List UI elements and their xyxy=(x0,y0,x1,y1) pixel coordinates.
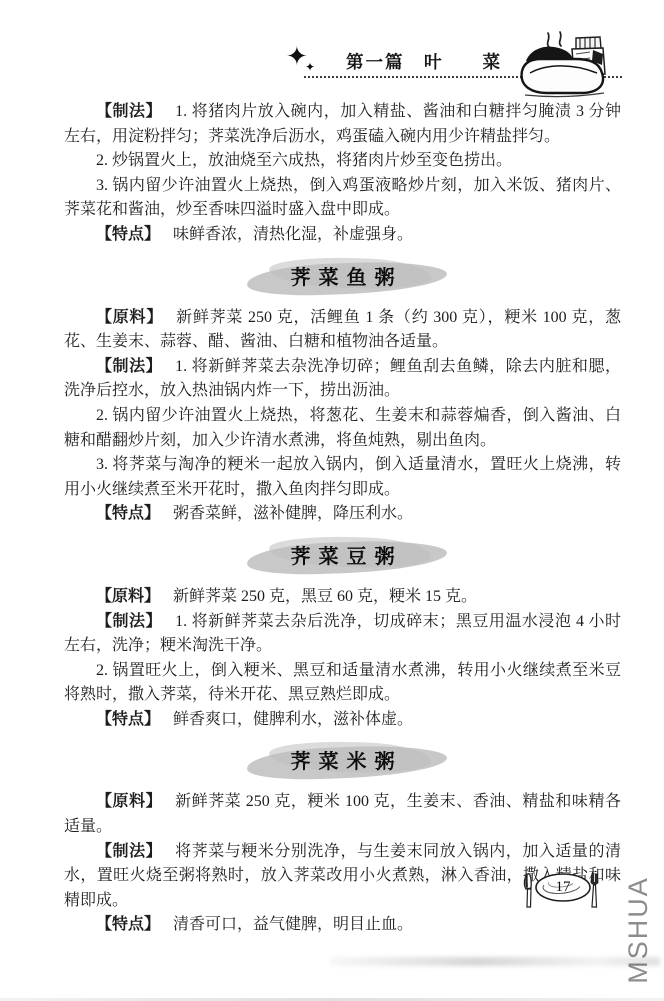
method-label: 【制法】 xyxy=(96,613,162,630)
recipe-paragraph: 【原料】新鲜荠菜 250 克，粳米 100 克，生姜末、香油、精盐和味精各适量。 xyxy=(64,790,621,839)
recipe-paragraph: 2. 锅置旺火上，倒入粳米、黑豆和适量清水煮沸，转用小火继续煮至米豆将熟时，撒入… xyxy=(64,659,621,708)
recipe-title-bean-congee: 荠菜豆粥 xyxy=(257,535,429,576)
paragraph-text: 鲜香爽口，健脾利水，滋补体虚。 xyxy=(173,711,413,728)
intro-step-paragraph: 【制法】1. 将猪肉片放入碗内，加入精盐、酱油和白糖拌匀腌渍 3 分钟左右，用淀… xyxy=(64,100,621,149)
pot-body-icon xyxy=(522,59,604,97)
recipe-section-title: 荠菜鱼粥 xyxy=(64,256,621,297)
paragraph-text: 粥香菜鲜，滋补健脾，降压利水。 xyxy=(173,505,413,522)
recipe-paragraph: 【特点】粥香菜鲜，滋补健脾，降压利水。 xyxy=(64,502,621,527)
paragraph-text: 味鲜香浓，清热化湿，补虚强身。 xyxy=(173,226,413,243)
recipe-section-title: 荠菜米粥 xyxy=(64,740,621,781)
steam-icon xyxy=(548,32,561,47)
method-label: 【制法】 xyxy=(96,103,162,120)
recipe-title-rice-congee: 荠菜米粥 xyxy=(257,740,429,781)
chapter-header: 第一篇 叶 菜 xyxy=(346,49,502,74)
recipe-paragraph: 【制法】1. 将新鲜荠菜去杂洗净切碎；鲤鱼刮去鱼鳞，除去内脏和腮，洗净后控水，放… xyxy=(64,355,621,404)
feature-label: 【特点】 xyxy=(96,916,160,933)
page-number: 17 xyxy=(532,877,594,897)
page-content: 【制法】1. 将猪肉片放入碗内，加入精盐、酱油和白糖拌匀腌渍 3 分钟左右，用淀… xyxy=(64,100,621,938)
knife-icon xyxy=(524,874,531,907)
watermark-text: MSHUA xyxy=(624,875,652,985)
recipe-paragraph: 【制法】1. 将新鲜荠菜去杂后洗净，切成碎末；黑豆用温水浸泡 4 小时左右，洗净… xyxy=(64,610,621,659)
ingredients-label: 【原料】 xyxy=(96,588,160,605)
ingredients-label: 【原料】 xyxy=(96,309,163,326)
paragraph-text: 2. 锅置旺火上，倒入粳米、黑豆和适量清水煮沸，转用小火继续煮至米豆将熟时，撒入… xyxy=(64,662,621,704)
book-page: { "header": { "title": "第一篇 叶 菜", "star_… xyxy=(0,0,664,1001)
paragraph-text: 新鲜荠菜 250 克，黑豆 60 克，粳米 15 克。 xyxy=(173,588,477,605)
feature-label: 【特点】 xyxy=(96,505,160,522)
paragraph-text: 2. 炒锅置火上，放油烧至六成热，将猪肉片炒至变色捞出。 xyxy=(96,152,512,169)
ingredients-label: 【原料】 xyxy=(96,793,162,810)
paragraph-text: 2. 锅内留少许油置火上烧热，将葱花、生姜末和蒜蓉煸香，倒入酱油、白糖和醋翻炒片… xyxy=(64,407,621,449)
paragraph-text: 3. 锅内留少许油置火上烧热，倒入鸡蛋液略炒片刻，加入米饭、猪肉片、荠菜花和酱油… xyxy=(64,177,621,219)
intro-step-paragraph: 3. 锅内留少许油置火上烧热，倒入鸡蛋液略炒片刻，加入米饭、猪肉片、荠菜花和酱油… xyxy=(64,174,621,223)
intro-feature-paragraph: 【特点】味鲜香浓，清热化湿，补虚强身。 xyxy=(64,223,621,248)
steaming-pot-illustration xyxy=(508,30,620,98)
recipe-paragraph: 3. 将荠菜与淘净的粳米一起放入锅内，倒入适量清水，置旺火上烧沸，转用小火继续煮… xyxy=(64,453,621,502)
feature-label: 【特点】 xyxy=(96,711,160,728)
recipe-title-fish-congee: 荠菜鱼粥 xyxy=(257,256,429,297)
recipe-paragraph: 【原料】新鲜荠菜 250 克，黑豆 60 克，粳米 15 克。 xyxy=(64,585,621,610)
recipe-paragraph: 【特点】鲜香爽口，健脾利水，滋补体虚。 xyxy=(64,708,621,733)
intro-step-paragraph: 2. 炒锅置火上，放油烧至六成热，将猪肉片炒至变色捞出。 xyxy=(64,149,621,174)
paragraph-text: 清香可口，益气健脾，明目止血。 xyxy=(173,916,413,933)
feature-label: 【特点】 xyxy=(96,226,160,243)
method-label: 【制法】 xyxy=(96,358,162,375)
method-label: 【制法】 xyxy=(96,843,162,860)
recipe-section-title: 荠菜豆粥 xyxy=(64,535,621,576)
recipe-paragraph: 2. 锅内留少许油置火上烧热，将葱花、生姜末和蒜蓉煸香，倒入酱油、白糖和醋翻炒片… xyxy=(64,404,621,453)
recipe-paragraph: 【原料】新鲜荠菜 250 克，活鲤鱼 1 条（约 300 克），粳米 100 克… xyxy=(64,306,621,355)
recipe-paragraph: 【特点】清香可口，益气健脾，明目止血。 xyxy=(64,913,621,938)
scan-smudge-artifact xyxy=(330,957,660,966)
paragraph-text: 3. 将荠菜与淘净的粳米一起放入锅内，倒入适量清水，置旺火上烧沸，转用小火继续煮… xyxy=(64,456,621,498)
page-number-badge: 17 xyxy=(518,870,608,912)
